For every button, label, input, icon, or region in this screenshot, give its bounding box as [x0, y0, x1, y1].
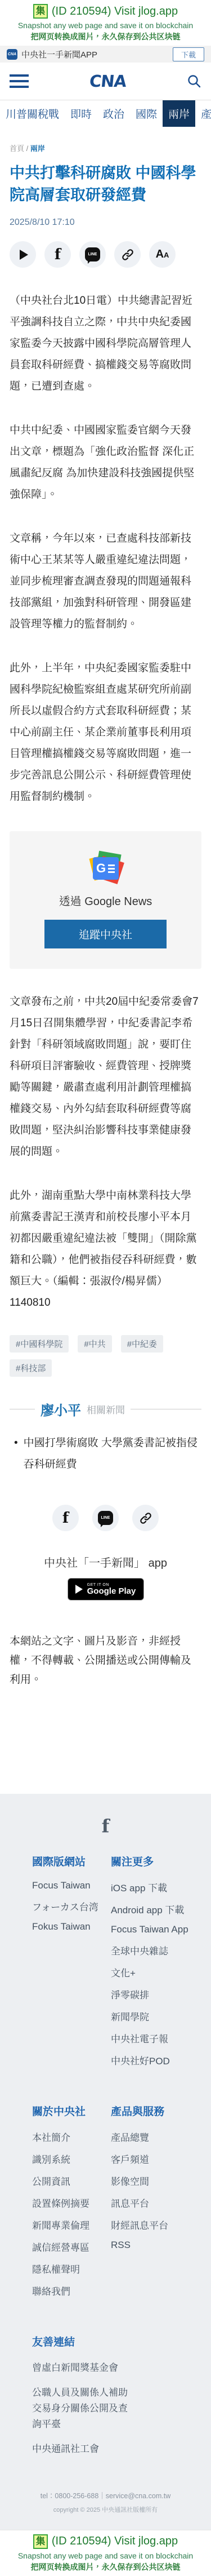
- jlog-banner-title[interactable]: (ID 210594) Visit jlog.app: [52, 2535, 178, 2548]
- footer-link[interactable]: 誠信經營專區: [32, 2240, 111, 2254]
- footer-link[interactable]: 公職人員及關係人補助交易身分關係公開及查詢平臺: [32, 2385, 136, 2432]
- footer-link[interactable]: 本社簡介: [32, 2130, 111, 2144]
- facebook-icon: f: [102, 1815, 110, 1837]
- footer-section-products-services: 產品與服務 產品總覽 客戶頻道 影像空間 訊息平台 財經訊息平台 RSS: [111, 2103, 211, 2305]
- footer-link[interactable]: 中央社好POD: [111, 2053, 211, 2067]
- footer-link[interactable]: RSS: [111, 2240, 211, 2251]
- jlog-banner-title[interactable]: (ID 210594) Visit jlog.app: [52, 5, 178, 18]
- breadcrumb-separator: /: [24, 144, 30, 153]
- footer-heading: 國際版網站: [32, 1854, 111, 1869]
- bottom-share-toolbar: f LINE: [10, 1505, 201, 1531]
- related-news-header: 廖小平 相關新聞: [10, 1399, 201, 1419]
- line-icon: LINE: [98, 1511, 113, 1525]
- google-news-box: G 透過 Google News 追蹤中央社: [10, 831, 201, 969]
- footer-link[interactable]: 客戶頻道: [111, 2152, 211, 2166]
- share-facebook-button[interactable]: f: [44, 241, 71, 268]
- footer-link[interactable]: Focus Taiwan App: [111, 1924, 211, 1935]
- article-paragraph: 此外，上半年，中央紀委國家監委駐中國科學院紀檢監察組查處某研究所前副所長以虛假合…: [10, 658, 201, 808]
- site-footer: f 國際版網站 Focus Taiwan フォーカス台湾 Fokus Taiwa…: [0, 1794, 211, 2529]
- footer-link[interactable]: Focus Taiwan: [32, 1880, 111, 1891]
- google-news-icon: G: [88, 850, 124, 883]
- footer-link[interactable]: 中央社電子報: [111, 2031, 211, 2045]
- footer-link[interactable]: 新聞專業倫理: [32, 2218, 111, 2232]
- footer-link[interactable]: 新聞學院: [111, 2009, 211, 2023]
- app-download-button[interactable]: 下載: [173, 47, 204, 61]
- jlog-snapshot-banner[interactable]: 集 (ID 210594) Visit jlog.app Snapshot an…: [0, 0, 211, 46]
- footer-link[interactable]: 影像空間: [111, 2174, 211, 2188]
- footer-section-international-sites: 國際版網站 Focus Taiwan フォーカス台湾 Fokus Taiwan: [32, 1854, 111, 2075]
- related-news-title: 中國打學術腐敗 大學黨委書記被指侵吞科研經費: [24, 1433, 201, 1475]
- copy-link-button[interactable]: [114, 241, 141, 268]
- related-news-link[interactable]: • 中國打學術腐敗 大學黨委書記被指侵吞科研經費: [14, 1433, 201, 1475]
- google-play-large-text: Google Play: [87, 1587, 136, 1597]
- article-paragraph: 文章稱，今年以來，已查處科技部新技術中心王某某等人嚴重違紀違法問題，並同步梳理審…: [10, 528, 201, 635]
- article-paragraph: 此外，湖南重點大學中南林業科技大學前黨委書記王漢青和前校長廖小平本月初都因嚴重違…: [10, 1185, 201, 1314]
- share-facebook-button[interactable]: f: [52, 1505, 79, 1531]
- spacer: [0, 1690, 211, 1794]
- footer-heading: 關於中央社: [32, 2103, 111, 2118]
- footer-link[interactable]: 全球中央雜誌: [111, 1943, 211, 1957]
- share-line-button[interactable]: LINE: [92, 1505, 119, 1531]
- google-play-icon: [75, 1585, 83, 1594]
- share-line-button[interactable]: LINE: [79, 241, 106, 268]
- nav-tab-economy[interactable]: 產經: [195, 100, 211, 127]
- footer-contact: tel：0800-256-688｜service@cna.com.tw: [0, 2490, 211, 2500]
- breadcrumb: 首頁 / 兩岸: [10, 143, 201, 153]
- footer-link-grid: 國際版網站 Focus Taiwan フォーカス台湾 Fokus Taiwan …: [0, 1854, 211, 2466]
- footer-link[interactable]: Android app 下載: [111, 1902, 211, 1916]
- jlog-banner-subtitle-en: Snapshot any web page and save it on blo…: [0, 21, 211, 30]
- article-date: 2025/8/10 17:10: [10, 218, 201, 228]
- listen-play-button[interactable]: [10, 241, 36, 268]
- menu-icon[interactable]: [10, 74, 29, 88]
- article-paragraph: 中共中紀委、中國國家監委官網今天發出文章，標題為「強化政治監督 深化正風肅紀反腐…: [10, 420, 201, 506]
- footer-link[interactable]: Fokus Taiwan: [32, 1921, 111, 1932]
- footer-link[interactable]: 公開資訊: [32, 2174, 111, 2188]
- share-toolbar: f LINE AA: [10, 241, 201, 268]
- article-paragraph: 文章發布之前，中共20屆中紀委常委會7月15日召開集體學習，中紀委書記李希針對「…: [10, 991, 201, 1163]
- jlog-logo-icon: 集: [33, 4, 48, 19]
- bullet-icon: •: [14, 1433, 18, 1475]
- jlog-banner-subtitle-en: Snapshot any web page and save it on blo…: [0, 2551, 211, 2560]
- footer-section-friendly-links: 友善連結 曾虛白新聞獎基金會 公職人員及關係人補助交易身分關係公開及查詢平臺 中…: [32, 2334, 211, 2466]
- tag-list: #中國科學院 #中共 #中紀委 #科技部: [10, 1335, 201, 1377]
- site-header: CNA: [0, 63, 211, 100]
- related-news-section: 廖小平 相關新聞 • 中國打學術腐敗 大學黨委書記被指侵吞科研經費: [10, 1399, 201, 1475]
- footer-link[interactable]: 淨零碳排: [111, 1987, 211, 2001]
- footer-link[interactable]: 曾虛白新聞獎基金會: [32, 2360, 136, 2376]
- footer-link[interactable]: iOS app 下載: [111, 1880, 211, 1894]
- cna-logo[interactable]: CNA: [88, 72, 127, 91]
- tag-link[interactable]: #科技部: [10, 1359, 52, 1377]
- app-download-bar: CNA 中央社一手新聞APP 下載: [0, 46, 211, 63]
- nav-tab-politics[interactable]: 政治: [97, 100, 130, 127]
- footer-link[interactable]: 中央通訊社工會: [32, 2441, 136, 2457]
- related-news-list: • 中國打學術腐敗 大學黨委書記被指侵吞科研經費: [10, 1433, 201, 1475]
- play-icon: [20, 250, 28, 260]
- related-label: 相關新聞: [87, 1402, 125, 1416]
- tag-link[interactable]: #中共: [78, 1335, 111, 1353]
- search-icon[interactable]: [187, 74, 201, 88]
- nav-tab-cross-strait[interactable]: 兩岸: [163, 100, 195, 127]
- nav-tab-trump-tariff[interactable]: 川普關稅戰: [0, 100, 65, 127]
- app-bar-title: 中央社一手新聞APP: [21, 48, 169, 60]
- footer-section-about-cna: 關於中央社 本社簡介 識別系統 公開資訊 設置條例摘要 新聞專業倫理 誠信經營專…: [32, 2103, 111, 2305]
- app-promo-title: 中央社「一手新聞」 app: [10, 1554, 201, 1570]
- footer-link[interactable]: フォーカス台湾: [32, 1899, 111, 1913]
- tag-link[interactable]: #中紀委: [121, 1335, 163, 1353]
- jlog-banner-subtitle-zh: 把网页转换成图片，永久保存到公共区块链: [0, 2561, 211, 2573]
- article-paragraph: （中央社台北10日電）中共總書記習近平強調科技自立之際，中共中央紀委國家監委今天…: [10, 290, 201, 397]
- copyright-disclaimer: 本網站之文字、圖片及影音，非經授權，不得轉載、公開播送或公開傳輸及利用。: [0, 1632, 211, 1690]
- footer-link[interactable]: 財經訊息平台: [111, 2218, 211, 2232]
- jlog-logo-icon: 集: [33, 2534, 48, 2549]
- app-promo-section: f LINE 中央社「一手新聞」 app GET IT ON Google Pl…: [10, 1505, 201, 1600]
- google-news-caption: 透過 Google News: [21, 892, 190, 908]
- jlog-banner-subtitle-zh: 把网页转换成图片，永久保存到公共区块链: [0, 31, 211, 42]
- link-icon: [121, 248, 134, 261]
- nav-tab-realtime[interactable]: 即時: [65, 100, 97, 127]
- page-title: 中共打擊科研腐敗 中國科學院高層套取研發經費: [10, 162, 201, 206]
- footer-link[interactable]: 識別系統: [32, 2152, 111, 2166]
- footer-link[interactable]: 隱私權聲明: [32, 2262, 111, 2276]
- facebook-icon: f: [55, 246, 61, 263]
- footer-heading: 友善連結: [32, 2334, 211, 2349]
- nav-tab-international[interactable]: 國際: [130, 100, 163, 127]
- facebook-icon: f: [62, 1510, 69, 1527]
- footer-link[interactable]: 文化+: [111, 1965, 211, 1979]
- breadcrumb-home-link[interactable]: 首頁: [10, 144, 24, 153]
- google-play-badge[interactable]: GET IT ON Google Play: [68, 1578, 144, 1600]
- footer-link[interactable]: 產品總覽: [111, 2130, 211, 2144]
- footer-heading: 關注更多: [111, 1854, 211, 1869]
- footer-link[interactable]: 聯絡我們: [32, 2284, 111, 2298]
- footer-section-follow-more: 關注更多 iOS app 下載 Android app 下載 Focus Tai…: [111, 1854, 211, 2075]
- follow-cna-button[interactable]: 追蹤中央社: [44, 920, 167, 948]
- footer-copyright: copyright © 2025 中央通訊社版權所有: [0, 2505, 211, 2514]
- line-icon: LINE: [85, 247, 100, 261]
- footer-facebook-button[interactable]: f: [0, 1815, 211, 1837]
- footer-link[interactable]: 設置條例摘要: [32, 2196, 111, 2210]
- copy-link-button[interactable]: [132, 1505, 159, 1531]
- font-size-icon: AA: [156, 248, 169, 261]
- link-icon: [139, 1511, 152, 1525]
- related-keyword[interactable]: 廖小平: [41, 1399, 81, 1419]
- footer-link[interactable]: 訊息平台: [111, 2196, 211, 2210]
- article-main: 首頁 / 兩岸 中共打擊科研腐敗 中國科學院高層套取研發經費 2025/8/10…: [0, 143, 211, 1600]
- tag-link[interactable]: #中國科學院: [10, 1335, 69, 1353]
- cna-app-icon: CNA: [7, 49, 17, 60]
- category-nav: 川普關稅戰 即時 政治 國際 兩岸 產經: [0, 100, 211, 127]
- jlog-snapshot-banner-bottom[interactable]: 集 (ID 210594) Visit jlog.app Snapshot an…: [0, 2530, 211, 2576]
- breadcrumb-current-link[interactable]: 兩岸: [30, 144, 45, 153]
- footer-heading: 產品與服務: [111, 2103, 211, 2118]
- font-size-button[interactable]: AA: [149, 241, 176, 268]
